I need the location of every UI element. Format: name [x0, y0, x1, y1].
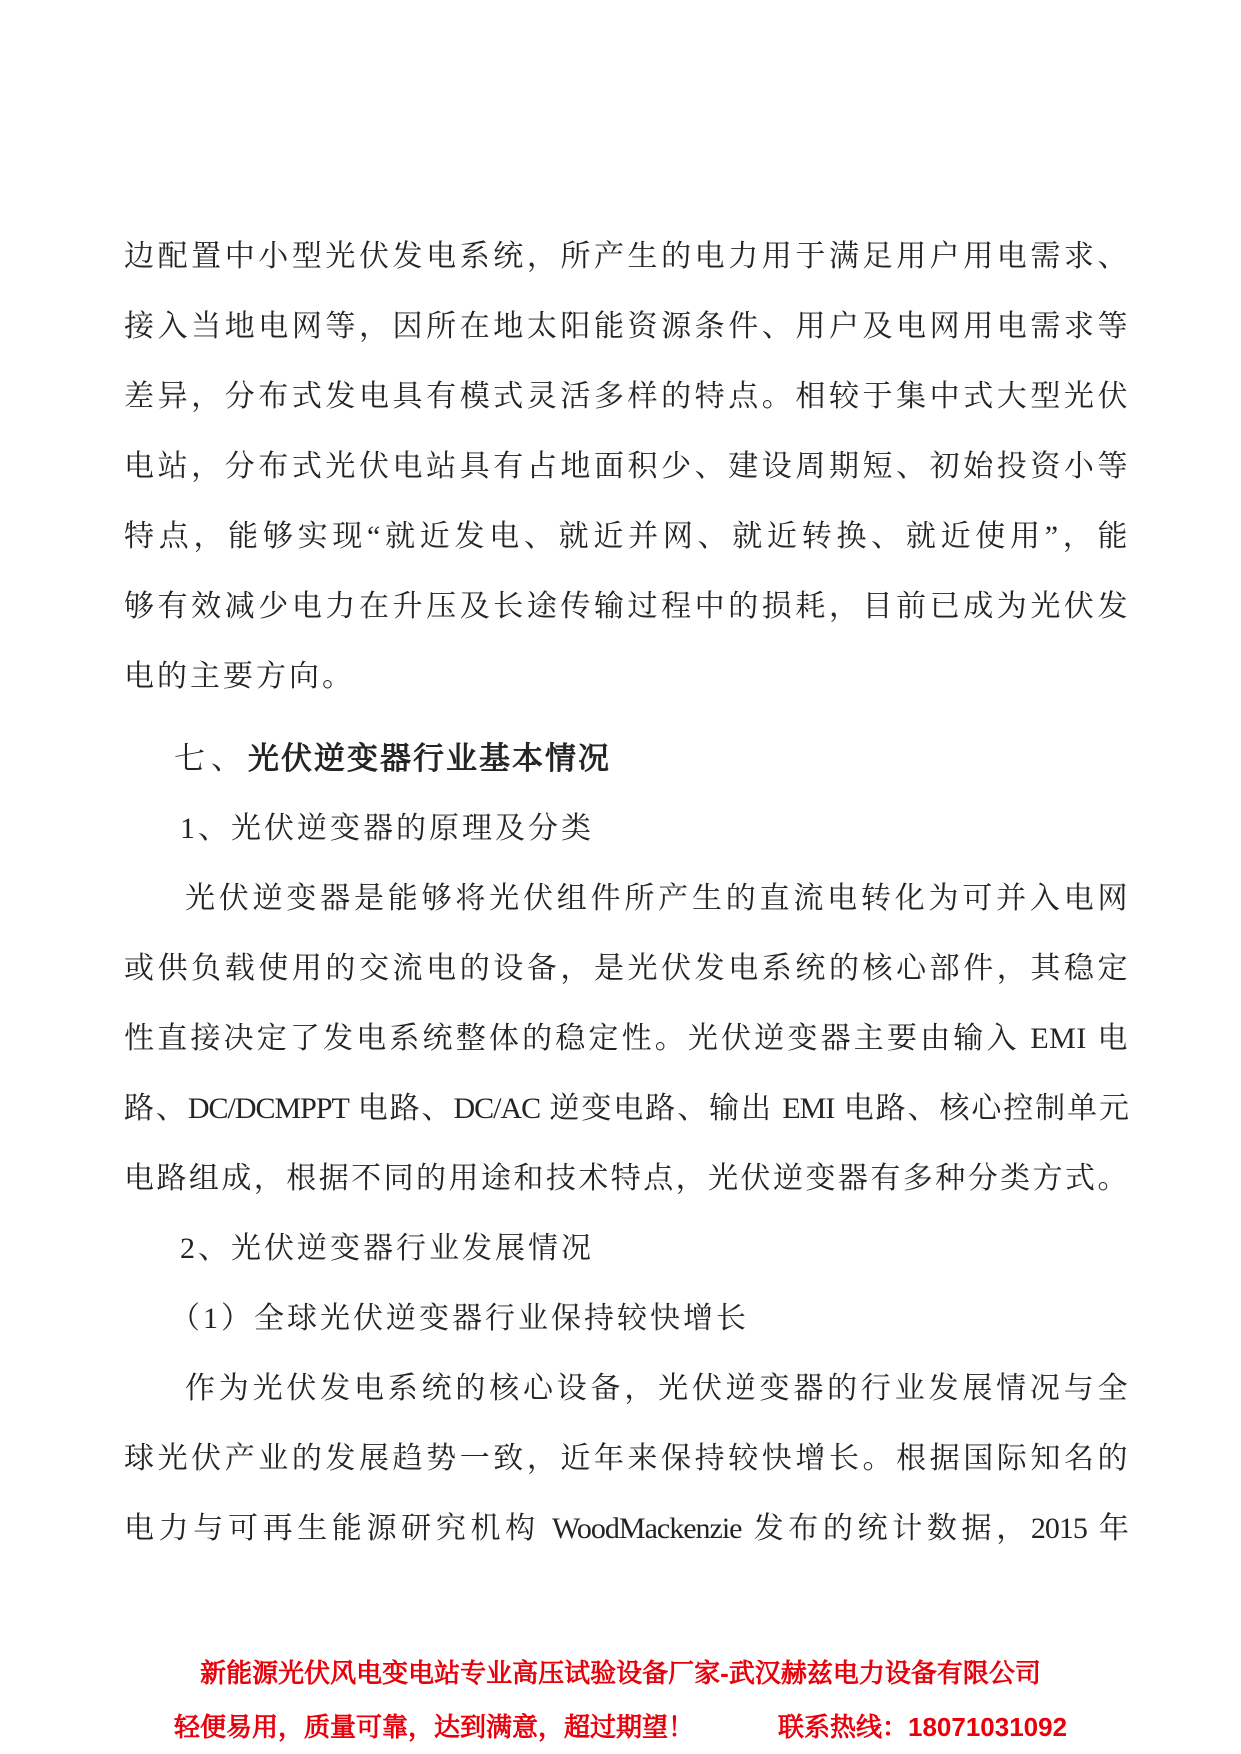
- body-line: 路、DC/DCMPPT 电路、DC/AC 逆变电路、输出 EMI 电路、核心控制…: [124, 1074, 1128, 1144]
- body-line: 性直接决定了发电系统整体的稳定性。光伏逆变器主要由输入 EMI 电: [124, 1004, 1128, 1074]
- subsection-title-2-1: （1）全球光伏逆变器行业保持较快增长: [124, 1284, 1128, 1354]
- body-line: 差异，分布式发电具有模式灵活多样的特点。相较于集中式大型光伏: [124, 362, 1128, 432]
- document-body: 边配置中小型光伏发电系统，所产生的电力用于满足用户用电需求、 接入当地电网等，因…: [124, 222, 1128, 1564]
- body-line: 作为光伏发电系统的核心设备，光伏逆变器的行业发展情况与全: [124, 1354, 1128, 1424]
- footer-company-line: 新能源光伏风电变电站专业高压试验设备厂家-武汉赫兹电力设备有限公司: [0, 1646, 1241, 1700]
- body-line: 电力与可再生能源研究机构 WoodMackenzie 发布的统计数据，2015 …: [124, 1494, 1128, 1564]
- body-line: 电路组成，根据不同的用途和技术特点，光伏逆变器有多种分类方式。: [124, 1144, 1128, 1214]
- section-number: 七、: [174, 741, 248, 776]
- section-heading: 七、光伏逆变器行业基本情况: [124, 724, 1128, 794]
- footer-hotline-label: 联系热线：: [778, 1712, 908, 1742]
- body-line: 光伏逆变器是能够将光伏组件所产生的直流电转化为可并入电网: [124, 864, 1128, 934]
- body-line: 球光伏产业的发展趋势一致，近年来保持较快增长。根据国际知名的: [124, 1424, 1128, 1494]
- footer-phone-number: 18071031092: [908, 1712, 1067, 1742]
- footer-slogan: 轻便易用，质量可靠，达到满意，超过期望！: [174, 1712, 694, 1742]
- body-line: 电站，分布式光伏电站具有占地面积少、建设周期短、初始投资小等: [124, 432, 1128, 502]
- body-line: 电的主要方向。: [124, 642, 1128, 712]
- body-line: 或供负载使用的交流电的设备，是光伏发电系统的核心部件，其稳定: [124, 934, 1128, 1004]
- subsection-title-1: 1、光伏逆变器的原理及分类: [124, 794, 1128, 864]
- subsection-title-2: 2、光伏逆变器行业发展情况: [124, 1214, 1128, 1284]
- body-line: 够有效减少电力在升压及长途传输过程中的损耗，目前已成为光伏发: [124, 572, 1128, 642]
- footer-contact-line: 轻便易用，质量可靠，达到满意，超过期望！联系热线：18071031092: [0, 1700, 1241, 1754]
- document-page: 边配置中小型光伏发电系统，所产生的电力用于满足用户用电需求、 接入当地电网等，因…: [0, 0, 1241, 1754]
- body-line: 边配置中小型光伏发电系统，所产生的电力用于满足用户用电需求、: [124, 222, 1128, 292]
- section-title: 光伏逆变器行业基本情况: [248, 741, 611, 776]
- body-line: 接入当地电网等，因所在地太阳能资源条件、用户及电网用电需求等: [124, 292, 1128, 362]
- page-footer: 新能源光伏风电变电站专业高压试验设备厂家-武汉赫兹电力设备有限公司 轻便易用，质…: [0, 1646, 1241, 1754]
- body-line: 特点，能够实现“就近发电、就近并网、就近转换、就近使用”，能: [124, 502, 1128, 572]
